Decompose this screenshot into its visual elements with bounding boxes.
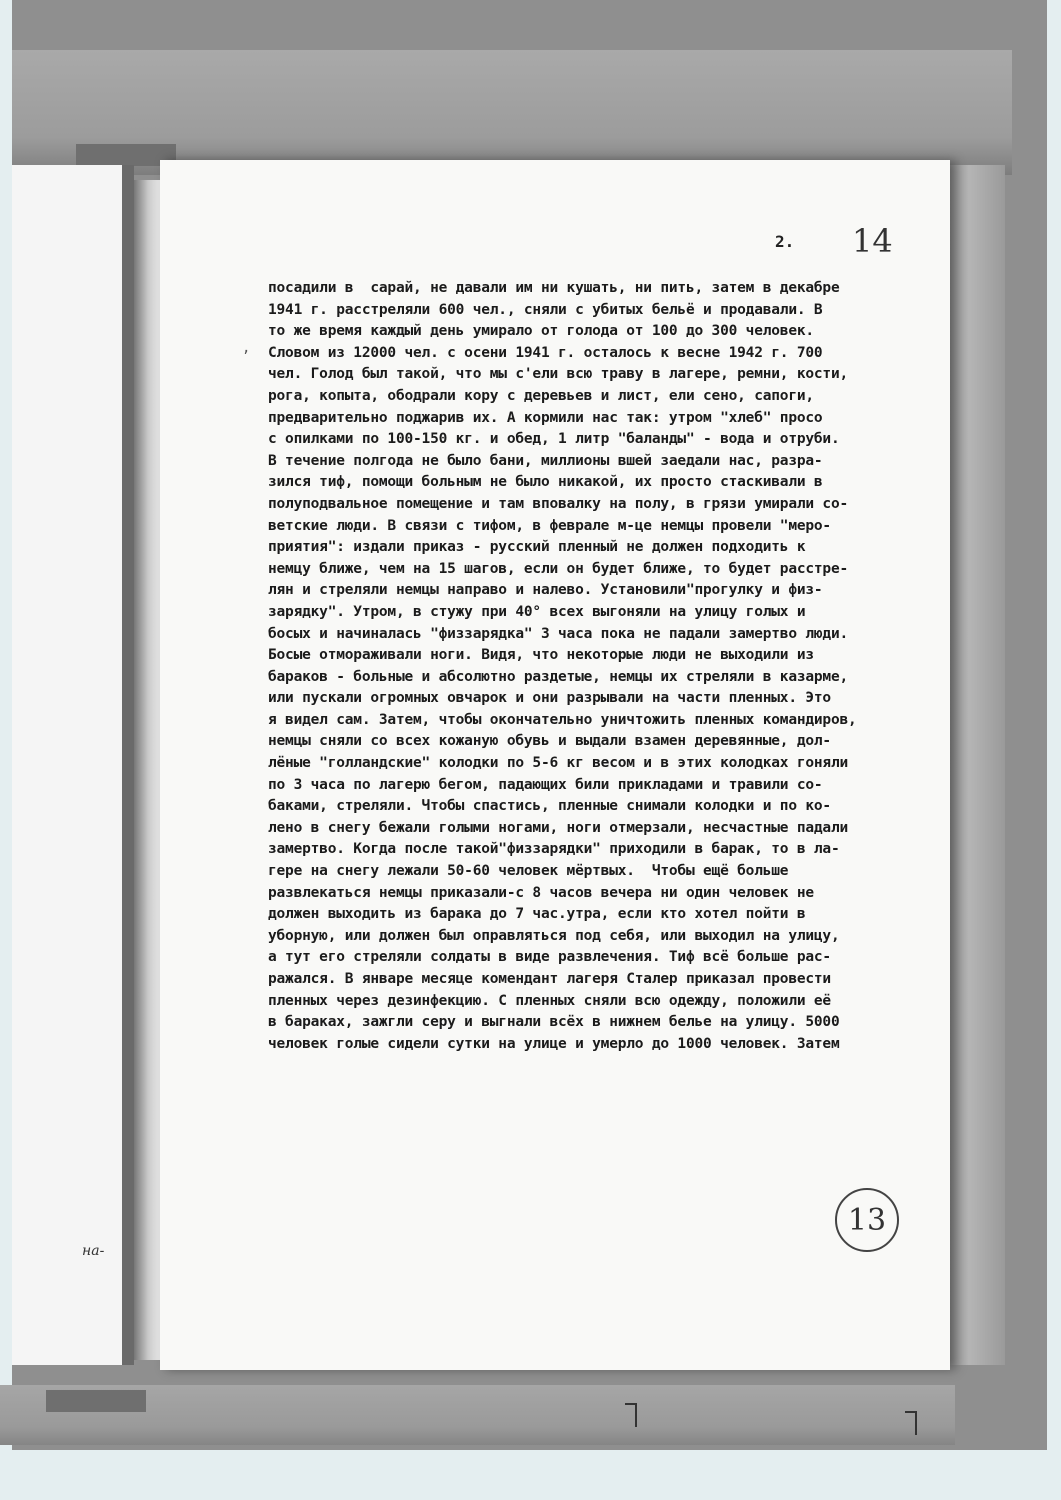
circled-archive-number: 13 [835, 1188, 899, 1252]
text-line: 1941 г. расстреляли 600 чел., сняли с уб… [268, 300, 948, 322]
text-line: должен выходить из барака до 7 час.утра,… [268, 904, 948, 926]
text-line: лёные "голландские" колодки по 5-6 кг ве… [268, 753, 948, 775]
text-line: баками, стреляли. Чтобы спастись, пленны… [268, 796, 948, 818]
text-line: или пускали огромных овчарок и они разры… [268, 688, 948, 710]
binder-tab-bottom [46, 1390, 146, 1412]
corner-mark [625, 1403, 637, 1427]
text-line: замертво. Когда после такой"физзарядки" … [268, 839, 948, 861]
text-line: развлекаться немцы приказали-с 8 часов в… [268, 883, 948, 905]
text-line: в бараках, зажгли серу и выгнали всёх в … [268, 1012, 948, 1034]
text-line: приятия": издали приказ - русский пленны… [268, 537, 948, 559]
text-line: немцы сняли со всех кожаную обувь и выда… [268, 731, 948, 753]
text-line: с опилками по 100-150 кг. и обед, 1 литр… [268, 429, 948, 451]
text-line: В течение полгода не было бани, миллионы… [268, 451, 948, 473]
paper-edge-shadow [945, 165, 1005, 1365]
text-line: посадили в сарай, не давали им ни кушать… [268, 278, 948, 300]
text-line: человек голые сидели сутки на улице и ум… [268, 1034, 948, 1056]
text-line: предварительно поджарив их. А кормили на… [268, 408, 948, 430]
text-line: чел. Голод был такой, что мы с'ели всю т… [268, 364, 948, 386]
text-line: босых и начиналась "физзарядка" 3 часа п… [268, 624, 948, 646]
text-line: я видел сам. Затем, чтобы окончательно у… [268, 710, 948, 732]
text-line: Босые отмораживали ноги. Видя, что некот… [268, 645, 948, 667]
text-line: лено в снегу бежали голыми ногами, ноги … [268, 818, 948, 840]
text-line: зарядку". Утром, в стужу при 40° всех вы… [268, 602, 948, 624]
text-line: зился тиф, помощи больным не было никако… [268, 472, 948, 494]
text-line: гере на снегу лежали 50-60 человек мёртв… [268, 861, 948, 883]
text-line: полуподвальное помещение и там вповалку … [268, 494, 948, 516]
text-line: Словом из 12000 чел. с осени 1941 г. ост… [268, 343, 948, 365]
text-line: то же время каждый день умирало от голод… [268, 321, 948, 343]
margin-tick: , [242, 340, 250, 356]
text-line: бараков - больные и абсолютно раздетые, … [268, 667, 948, 689]
text-line: ражался. В январе месяце комендант лагер… [268, 969, 948, 991]
page-gutter [134, 180, 162, 1360]
left-facing-page [12, 165, 134, 1365]
text-line: по 3 часа по лагерю бегом, падающих били… [268, 775, 948, 797]
corner-mark [905, 1411, 917, 1435]
typed-page-number: 2. [775, 232, 794, 251]
text-line: а тут его стреляли солдаты в виде развле… [268, 947, 948, 969]
handwritten-page-number: 14 [852, 222, 893, 260]
text-line: немцу ближе, чем на 15 шагов, если он бу… [268, 559, 948, 581]
text-line: ветские люди. В связи с тифом, в феврале… [268, 516, 948, 538]
left-margin-fragment: на- [82, 1243, 104, 1259]
text-line: уборную, или должен был оправляться под … [268, 926, 948, 948]
typewritten-body: посадили в сарай, не давали им ни кушать… [268, 278, 948, 1055]
text-line: рога, копыта, ободрали кору с деревьев и… [268, 386, 948, 408]
text-line: пленных через дезинфекцию. С пленных сня… [268, 991, 948, 1013]
text-line: лян и стреляли немцы направо и налево. У… [268, 580, 948, 602]
